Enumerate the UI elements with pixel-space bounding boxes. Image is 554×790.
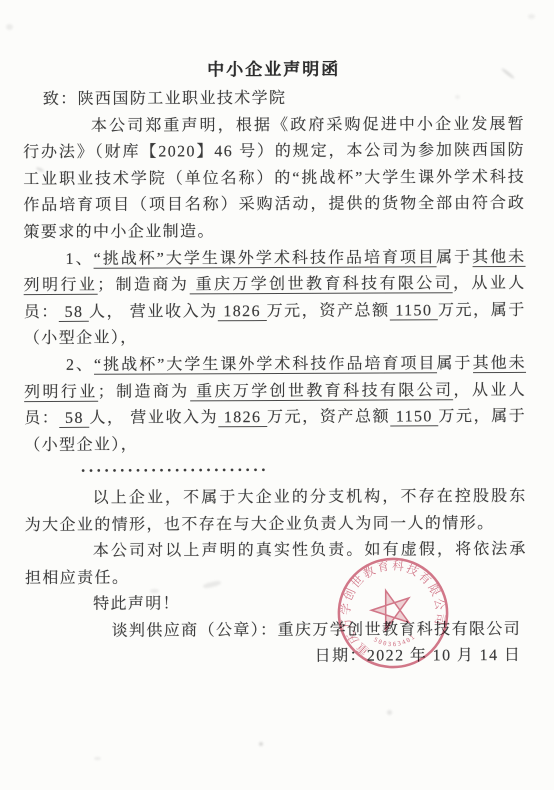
underlined-field: 1826 — [218, 303, 267, 321]
signature-block: 谈判供应商（公章）：重庆万学创世教育科技有限公司 日期：2022 年 10 月 … — [25, 617, 527, 672]
scan-artifact — [528, 14, 535, 19]
supplier-seal-line: 谈判供应商（公章）：重庆万学创世教育科技有限公司 — [25, 617, 521, 646]
text-run: ························ — [80, 462, 268, 480]
paragraph-intro: 本公司郑重声明，根据《政府采购促进中小企业发展暂行办法》（财库【2020】46 … — [23, 112, 526, 247]
text-run: 1、 — [66, 250, 94, 267]
text-run: 万元，资产总额 — [267, 302, 390, 320]
scan-artifact — [455, 95, 460, 99]
paragraph-item-1: 1、“挑战杯”大学生课外学术科技作品培育项目属于其他未列明行业；制造商为 重庆万… — [23, 244, 525, 353]
paragraph-branch-statement: 以上企业，不属于大企业的分支机构，不存在控股股东为大企业的情形，也不存在与大企业… — [25, 484, 527, 539]
paragraphs: 本公司郑重声明，根据《政府采购促进中小企业发展暂行办法》（财库【2020】46 … — [23, 112, 527, 619]
document-body: 中小企业声明函 致：陕西国防工业职业技术学院 本公司郑重声明，根据《政府采购促进… — [23, 57, 528, 672]
scan-artifact — [387, 710, 392, 715]
underlined-field: 58 — [59, 410, 89, 428]
paragraph-ellipsis-dots: ························ — [24, 457, 526, 486]
underlined-field: 1826 — [218, 409, 267, 427]
paragraph-item-2: 2、“挑战杯”大学生课外学术科技作品培育项目属于其他未列明行业；制造商为 重庆万… — [24, 351, 526, 460]
underlined-field: “挑战杯”大学生课外学术科技作品培育项目 — [94, 249, 437, 268]
underlined-field: 重庆万学创世教育科技有限公司 — [190, 382, 454, 401]
text-run: 人， 营业收入为 — [89, 303, 218, 321]
text-run: 特此声明！ — [93, 596, 180, 613]
paragraph-responsibility-statement: 本公司对以上声明的真实性负责。如有虚假，将依法承担相应责任。 — [25, 537, 527, 592]
text-run: 属于 — [436, 249, 472, 266]
text-run: 以上企业，不属于大企业的分支机构，不存在控股股东为大企业的情形，也不存在与大企业… — [25, 488, 527, 534]
text-run: 属于 — [436, 355, 472, 372]
scanned-document-page: 中小企业声明函 致：陕西国防工业职业技术学院 本公司郑重声明，根据《政府采购促进… — [0, 0, 554, 790]
date-line: 日期：2022 年 10 月 14 日 — [25, 643, 521, 672]
document-title: 中小企业声明函 — [23, 57, 525, 83]
text-run: 人， 营业收入为 — [89, 409, 218, 427]
scan-artifact — [150, 589, 159, 593]
text-run: ；制造商为 — [98, 383, 190, 400]
underlined-field: 重庆万学创世教育科技有限公司 — [189, 275, 453, 294]
paragraph-declare: 特此声明！ — [25, 590, 527, 619]
scan-artifact — [94, 757, 101, 760]
text-run: 万元，资产总额 — [267, 409, 390, 427]
underlined-field: 1150 — [390, 302, 438, 320]
underlined-field: 1150 — [390, 408, 438, 426]
scan-artifact — [6, 24, 13, 30]
text-run: 本公司郑重声明，根据《政府采购促进中小企业发展暂行办法》（财库【2020】46 … — [23, 116, 525, 242]
text-run: 本公司对以上声明的真实性负责。如有虚假，将依法承担相应责任。 — [25, 541, 527, 587]
underlined-field: 58 — [59, 304, 89, 322]
scan-artifact — [259, 742, 263, 746]
addressee-line: 致：陕西国防工业职业技术学院 — [23, 85, 525, 114]
text-run: ；制造商为 — [97, 277, 189, 294]
text-run: 2、 — [66, 357, 94, 374]
underlined-field: “挑战杯”大学生课外学术科技作品培育项目 — [94, 355, 437, 374]
